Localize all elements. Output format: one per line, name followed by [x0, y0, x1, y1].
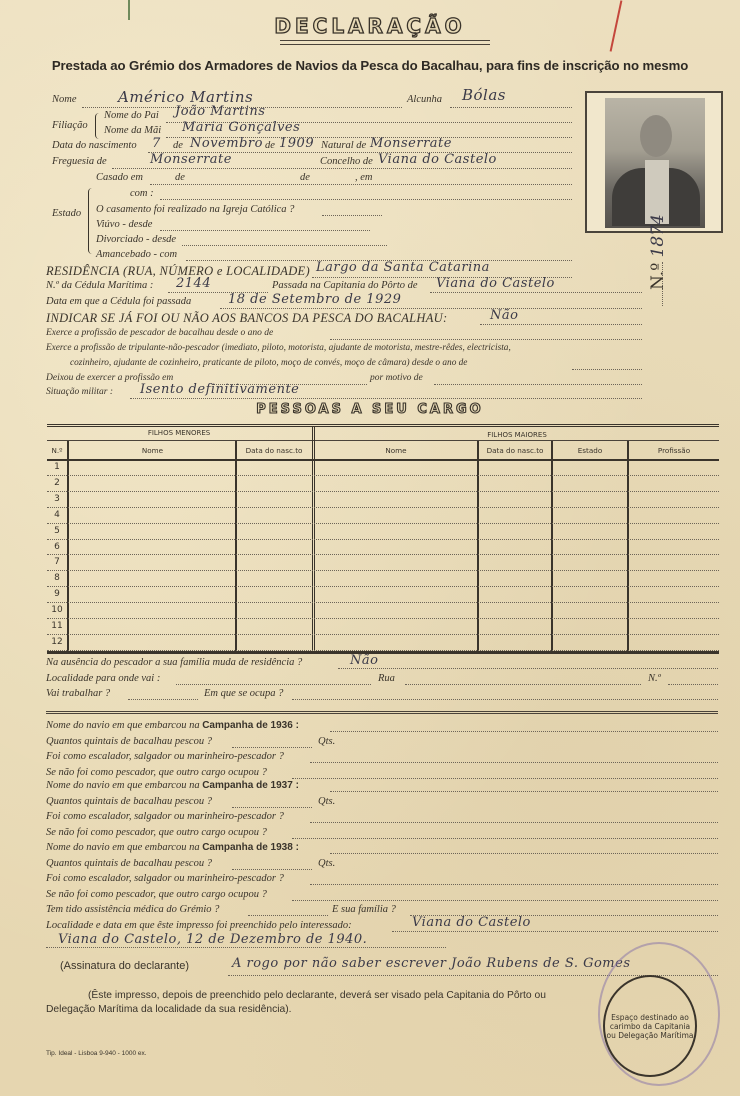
tripulante-label-1: Exerce a profissão de tripulante-não-pes… [46, 343, 511, 353]
filhos-maiores-header: FILHOS MAIORES [315, 431, 719, 439]
table-row[interactable] [47, 570, 719, 571]
cedula-passada-label: Passada na Capitania do Pôrto de [272, 280, 418, 291]
outro-cargo-label: Se não foi como pescador, que outro carg… [46, 889, 267, 900]
col-header-nome-menores: Nome [69, 446, 236, 455]
estado-brace [88, 188, 93, 254]
nascimento-dia[interactable]: 7 [152, 136, 161, 151]
assistencia-line [248, 915, 328, 916]
col-divider [551, 441, 553, 651]
nome-label: Nome [52, 94, 77, 105]
col-header-profissao: Profissão [629, 446, 719, 455]
escalador-label: Foi como escalador, salgador ou marinhei… [46, 873, 284, 884]
row-number: 8 [48, 573, 66, 583]
concelho-value[interactable]: Viana do Castelo [378, 152, 497, 167]
navio-label: Nome do navio em que embarcou na Campanh… [46, 720, 299, 731]
pai-label: Nome do Pai [104, 110, 159, 121]
pessoas-title: PESSOAS A SEU CARGO [0, 402, 740, 417]
filiacao-brace [95, 113, 100, 139]
col-divider [67, 441, 69, 651]
com-line [160, 199, 572, 200]
de-label: de [300, 172, 310, 183]
stamp-area: Espaço destinado ao carimbo da Capitania… [603, 975, 697, 1077]
row-number: 10 [48, 605, 66, 615]
escalador-line[interactable] [310, 884, 718, 885]
pescador-label: Exerce a profissão de pescador de bacalh… [46, 328, 273, 338]
quintais-label: Quantos quintais de bacalhau pescou ? [46, 796, 212, 807]
mae-value[interactable]: Maria Gonçalves [182, 120, 300, 135]
alcunha-value[interactable]: Bólas [462, 86, 506, 104]
outro-cargo-label: Se não foi como pescador, que outro carg… [46, 767, 267, 778]
ocupa-line [292, 699, 718, 700]
printer-imprint: Tip. Ideal - Lisboa 9-940 - 1000 ex. [46, 1050, 147, 1057]
de-label: de [173, 140, 183, 151]
igreja-label: O casamento foi realizado na Igreja Cató… [96, 204, 294, 215]
filhos-menores-header: FILHOS MENORES [47, 429, 311, 437]
data-line [46, 947, 446, 948]
viuvo-line [160, 230, 370, 231]
freguesia-label: Freguesia de [52, 156, 107, 167]
bancos-label: INDICAR SE JÁ FOI OU NÃO AOS BANCOS DA P… [46, 311, 447, 326]
escalador-line[interactable] [310, 762, 718, 763]
natural-label: Natural de [321, 140, 366, 151]
table-row[interactable] [47, 618, 719, 619]
col-header-nome-maiores: Nome [315, 446, 477, 455]
localidade-data-value[interactable]: Viana do Castelo [412, 915, 531, 930]
nota-line-2: Delegação Marítima da localidade da sua … [46, 1004, 292, 1015]
alcunha-line [450, 107, 572, 108]
motivo-line [434, 384, 642, 385]
outro-cargo-line[interactable] [292, 778, 718, 779]
col-header-data-maiores: Data do nasc.to [478, 446, 552, 455]
familia-assistencia-label: E sua família ? [332, 904, 396, 915]
filiacao-label: Filiação [52, 120, 88, 131]
row-number: 12 [48, 637, 66, 647]
amancebado-label: Amancebado - com [96, 249, 177, 260]
assinatura-value[interactable]: A rogo por não saber escrever João Ruben… [232, 956, 631, 971]
header-rule [47, 440, 719, 441]
estado-label: Estado [52, 208, 81, 219]
row-number: 1 [48, 462, 66, 472]
bancos-value[interactable]: Não [490, 308, 518, 323]
viuvo-label: Viúvo - desde [96, 219, 152, 230]
data-value[interactable]: Viana do Castelo, 12 de Dezembro de 1940… [58, 932, 367, 947]
navio-line[interactable] [330, 791, 718, 792]
militar-label: Situação militar : [46, 387, 113, 397]
pescador-line [330, 339, 642, 340]
militar-value[interactable]: Isento definitivamente [140, 382, 299, 397]
pai-value[interactable]: João Martins [175, 104, 265, 119]
localidade-data-line [392, 931, 718, 932]
cedula-numero-label: N.º da Cédula Marítima : [46, 280, 153, 291]
title-underline [280, 40, 490, 45]
qts-label: Qts. [318, 858, 335, 869]
navio-line[interactable] [330, 731, 718, 732]
cedula-data-line [220, 308, 642, 309]
numero-label: N.º [648, 673, 661, 684]
trabalhar-label: Vai trabalhar ? [46, 688, 110, 699]
col-divider [477, 441, 479, 651]
table-row[interactable] [47, 586, 719, 587]
motivo-label: por motivo de [370, 373, 423, 383]
row-number: 5 [48, 526, 66, 536]
localidade-vai-line [176, 684, 371, 685]
navio-line[interactable] [330, 853, 718, 854]
trabalhar-line [128, 699, 198, 700]
freguesia-line [112, 168, 572, 169]
serial-line [662, 262, 664, 306]
nota-line-1: (Êste impresso, depois de preenchido pel… [88, 990, 546, 1001]
cedula-passada-value[interactable]: Viana do Castelo [436, 276, 555, 291]
mae-label: Nome da Mãi [104, 125, 161, 136]
navio-label: Nome do navio em que embarcou na Campanh… [46, 780, 299, 791]
ocupa-label: Em que se ocupa ? [204, 688, 283, 699]
nascimento-ano[interactable]: 1909 [279, 136, 314, 151]
assinatura-label: (Assinatura do declarante) [60, 960, 189, 972]
nascimento-mes[interactable]: Novembro [190, 136, 263, 151]
muda-line [338, 668, 718, 669]
alcunha-label: Alcunha [407, 94, 442, 105]
casado-label: Casado em [96, 172, 143, 183]
outro-cargo-line[interactable] [292, 900, 718, 901]
section-rule [46, 711, 718, 714]
table-row[interactable] [47, 523, 719, 524]
table-row[interactable] [47, 634, 719, 635]
document-title: DECLARAÇÃO [0, 14, 740, 38]
com-label: com : [130, 188, 154, 199]
row-number: 6 [48, 542, 66, 552]
de-label: de [175, 172, 185, 183]
tripulante-line [572, 369, 642, 370]
quintais-line[interactable] [232, 747, 312, 748]
nascimento-label: Data do nascimento [52, 140, 137, 151]
rua-line [405, 684, 641, 685]
subheader-rule [47, 459, 719, 461]
table-bottom-rule [47, 651, 719, 654]
cedula-data-label: Data em que a Cédula foi passada [46, 296, 191, 307]
localidade-vai-label: Localidade para onde vai : [46, 673, 160, 684]
row-number: 2 [48, 478, 66, 488]
cedula-data-value[interactable]: 18 de Setembro de 1929 [228, 292, 401, 307]
assistencia-label: Tem tido assistência médica do Grémio ? [46, 904, 219, 915]
quintais-label: Quantos quintais de bacalhau pescou ? [46, 858, 212, 869]
divorciado-label: Divorciado - desde [96, 234, 176, 245]
row-number: 4 [48, 510, 66, 520]
de-label: de [265, 140, 275, 151]
escalador-label: Foi como escalador, salgador ou marinhei… [46, 751, 284, 762]
table-row[interactable] [47, 475, 719, 476]
qts-label: Qts. [318, 796, 335, 807]
divorciado-line [182, 245, 387, 246]
col-header-estado: Estado [553, 446, 627, 455]
navio-label: Nome do navio em que embarcou na Campanh… [46, 842, 299, 853]
qts-label: Qts. [318, 736, 335, 747]
col-divider [235, 441, 237, 651]
table-row[interactable] [47, 491, 719, 492]
serial-number: N.º 1874 [648, 214, 668, 290]
table-top-rule [47, 424, 719, 427]
row-number: 9 [48, 589, 66, 599]
igreja-line [322, 215, 382, 216]
quintais-line[interactable] [232, 807, 312, 808]
table-row[interactable] [47, 539, 719, 540]
row-number: 7 [48, 557, 66, 567]
outro-cargo-label: Se não foi como pescador, que outro carg… [46, 827, 267, 838]
tripulante-label-2: cozinheiro, ajudante de cozinheiro, prat… [70, 358, 467, 368]
col-divider [627, 441, 629, 651]
col-header-numero: N.º [47, 446, 67, 455]
table-row[interactable] [47, 507, 719, 508]
document-subtitle: Prestada ao Grémio dos Armadores de Navi… [0, 58, 740, 73]
cedula-passada-line [430, 292, 642, 293]
numero-line [668, 684, 718, 685]
row-number: 3 [48, 494, 66, 504]
casado-line [150, 184, 572, 185]
freguesia-value[interactable]: Monserrate [150, 152, 232, 167]
rua-label: Rua [378, 673, 395, 684]
localidade-data-label: Localidade e data em que êste impresso f… [46, 920, 352, 931]
stamp-text: Espaço destinado ao carimbo da Capitania… [605, 1013, 695, 1040]
escalador-line[interactable] [310, 822, 718, 823]
quintais-line[interactable] [232, 869, 312, 870]
col-header-data-menores: Data do nasc.to [237, 446, 311, 455]
muda-value[interactable]: Não [350, 653, 378, 668]
militar-line [130, 398, 642, 399]
cedula-numero-value[interactable]: 2144 [176, 276, 211, 291]
quintais-label: Quantos quintais de bacalhau pescou ? [46, 736, 212, 747]
escalador-label: Foi como escalador, salgador ou marinhei… [46, 811, 284, 822]
outro-cargo-line[interactable] [292, 838, 718, 839]
residencia-value[interactable]: Largo da Santa Catarina [316, 260, 490, 275]
em-label: , em [355, 172, 373, 183]
muda-label: Na ausência do pescador a sua família mu… [46, 657, 302, 668]
table-row[interactable] [47, 554, 719, 555]
bancos-line [480, 324, 642, 325]
natural-value[interactable]: Monserrate [370, 136, 452, 151]
row-number: 11 [48, 621, 66, 631]
photo-face [640, 115, 672, 157]
concelho-label: Concelho de [320, 156, 373, 167]
table-row[interactable] [47, 602, 719, 603]
